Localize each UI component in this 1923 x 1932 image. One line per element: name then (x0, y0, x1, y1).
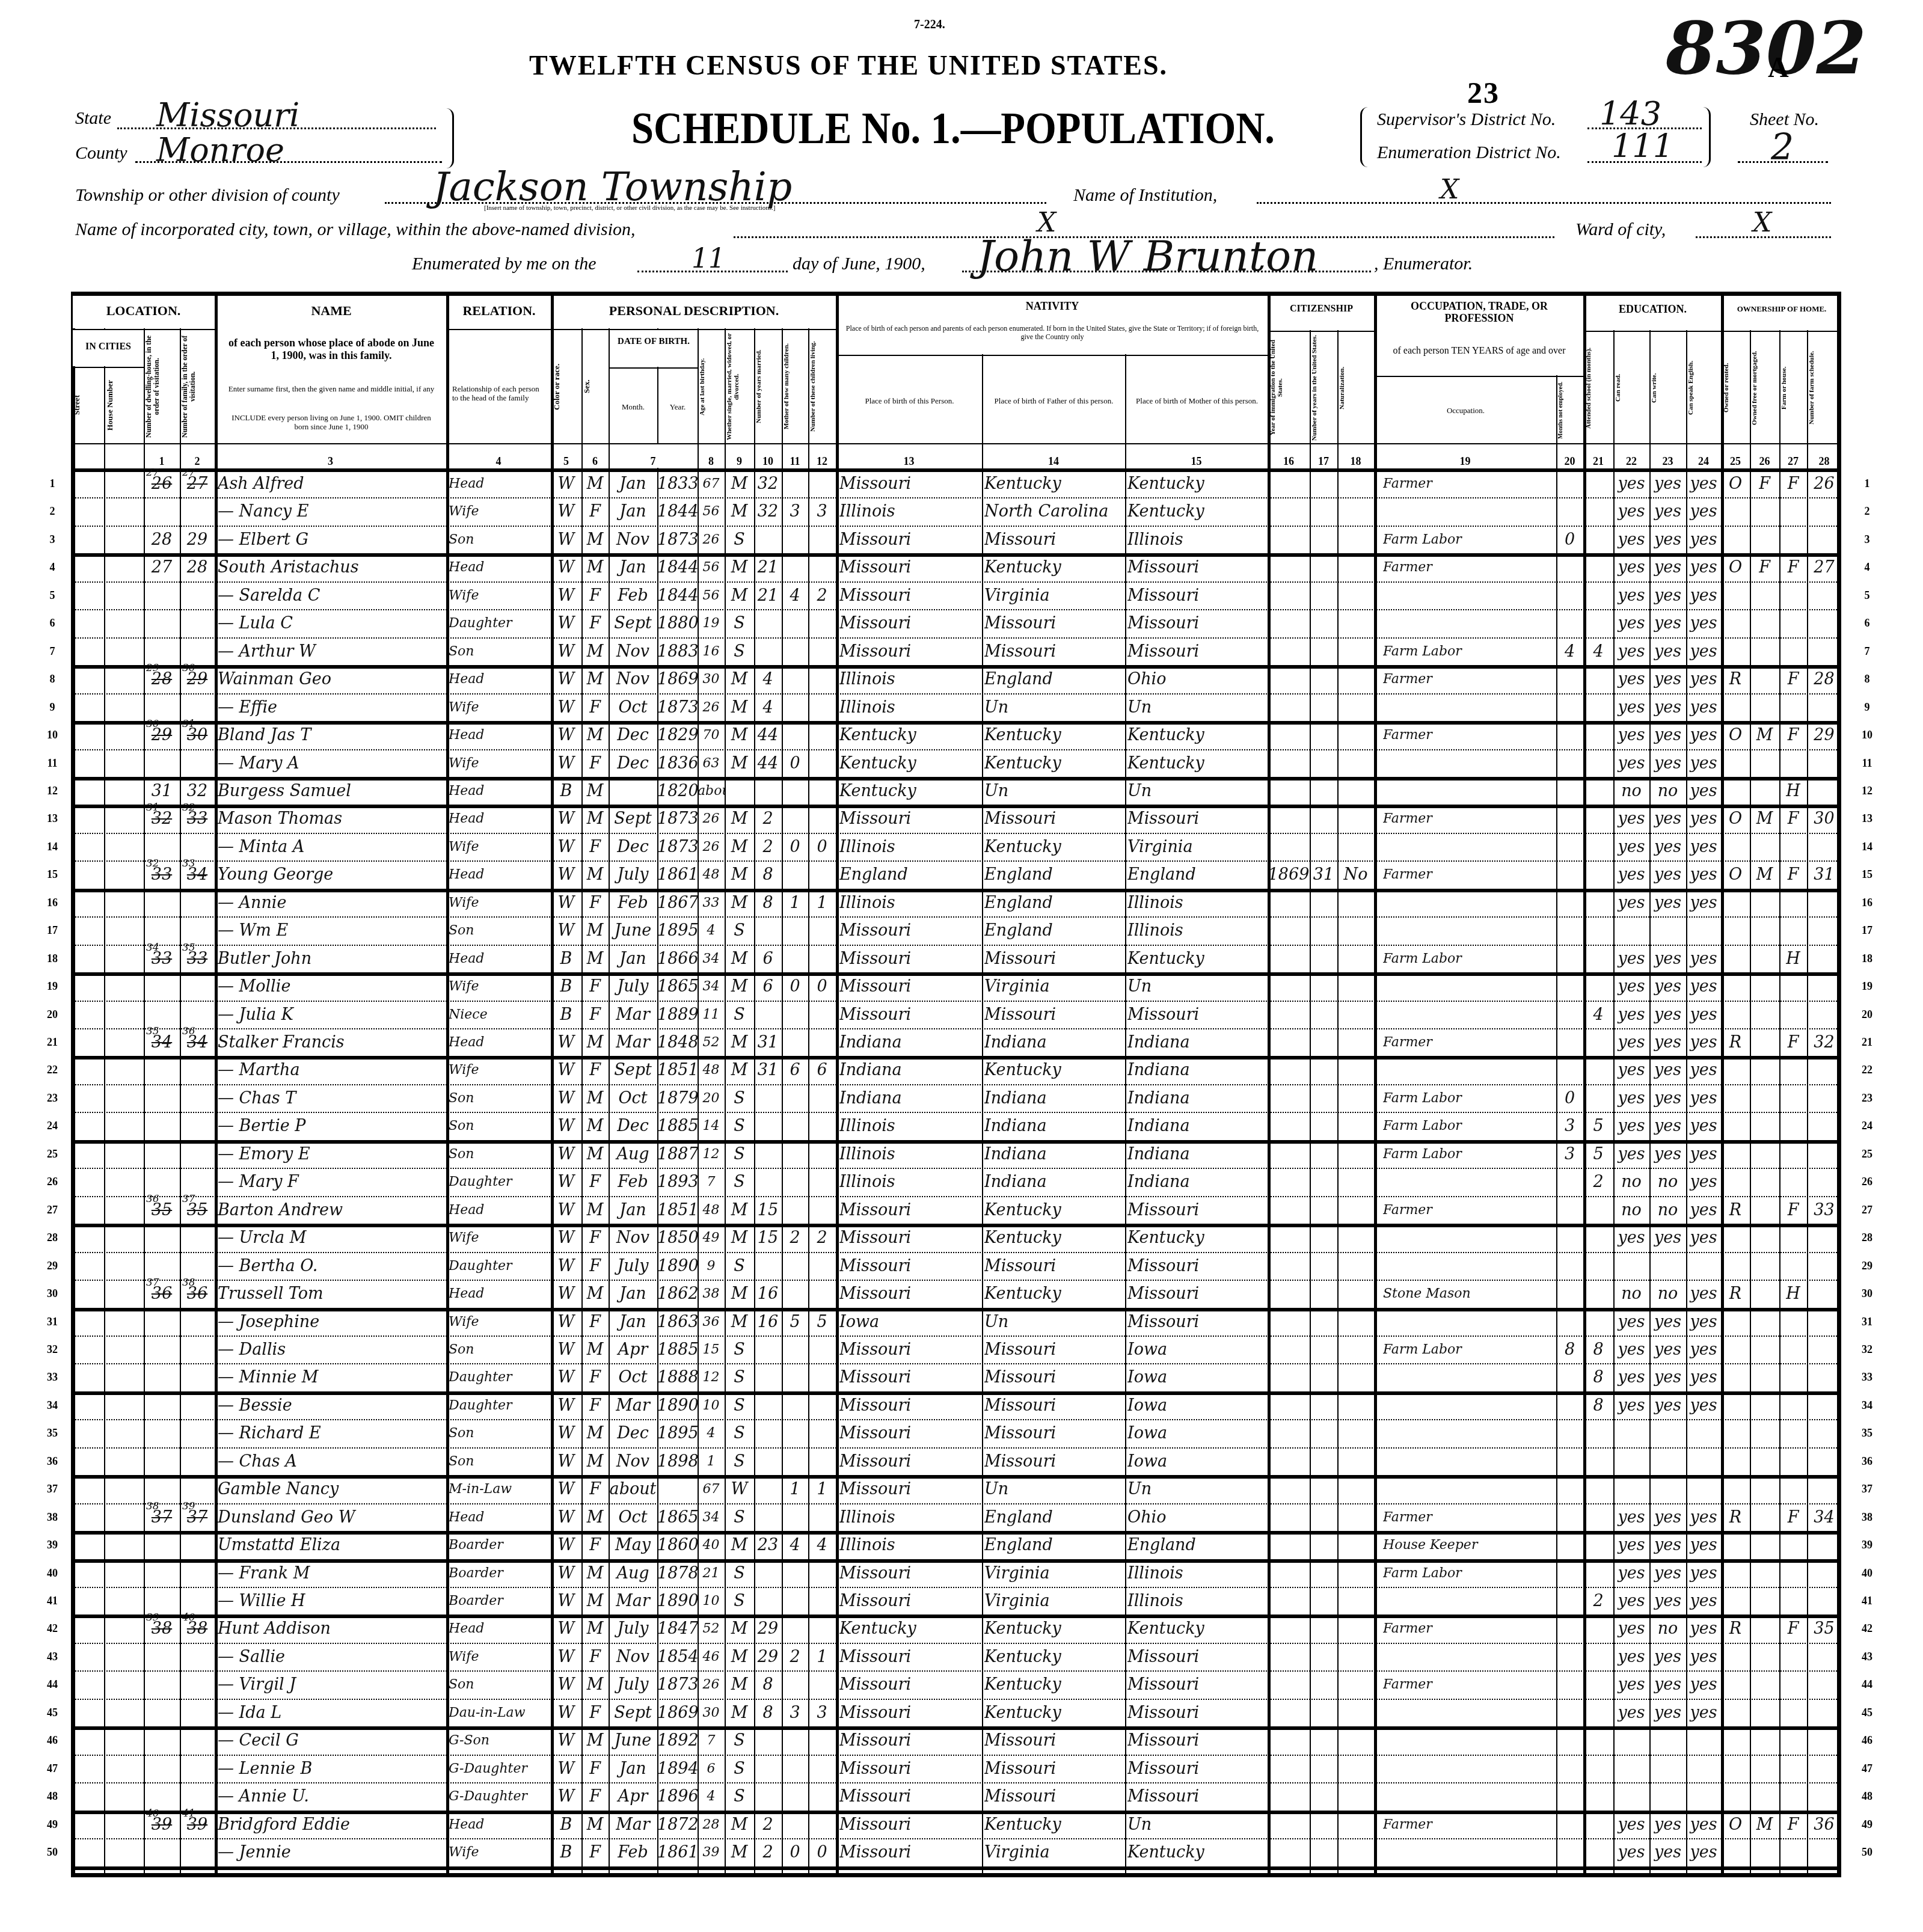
relation: Dau-in-Law (449, 1699, 550, 1727)
birthplace-father: Missouri (984, 945, 1124, 973)
birthplace-person: Indiana (839, 1029, 981, 1056)
sex: M (581, 777, 609, 805)
years-married: 4 (754, 666, 782, 693)
marital-status: M (725, 1056, 754, 1084)
can-write-label: Can write. (1651, 334, 1685, 441)
colnum: 8 (698, 455, 725, 468)
line-number: 49 (43, 1818, 61, 1831)
birthplace-person: Missouri (839, 1560, 981, 1587)
can-read: yes (1613, 554, 1649, 581)
age: 36 (698, 1308, 725, 1336)
sex: M (581, 861, 609, 889)
sex: M (581, 1448, 609, 1476)
birthplace-person: Missouri (839, 1476, 981, 1503)
marital-status: M (725, 1699, 754, 1727)
colnum: 11 (782, 455, 808, 468)
dwelling-number: 3940 (144, 1811, 180, 1839)
farm-house: H (1779, 945, 1807, 973)
mother-of: 2 (782, 1224, 808, 1252)
birthplace-mother: England (1127, 861, 1267, 889)
sex: F (581, 1001, 609, 1029)
birth-month: Apr (609, 1336, 657, 1364)
stamp-number: 23 (1467, 75, 1500, 110)
relation: Head (449, 1615, 550, 1643)
birth-year: 1863 (657, 1308, 698, 1336)
marital-status: M (725, 805, 754, 833)
mother-of: 1 (782, 889, 808, 917)
can-write: yes (1649, 1112, 1686, 1140)
line-number: 39 (1858, 1539, 1876, 1551)
ownership-heading: OWNERSHIP OF HOME. (1722, 305, 1841, 313)
person-name: — Mollie (218, 973, 445, 1001)
can-read: yes (1613, 526, 1649, 554)
sex: M (581, 805, 609, 833)
age: 38 (698, 1280, 725, 1308)
pob-mother-label: Place of birth of Mother of this person. (1129, 397, 1265, 406)
birthplace-person: Missouri (839, 1253, 981, 1280)
marital-status: S (725, 1085, 754, 1112)
birthplace-person: Missouri (839, 1392, 981, 1420)
age: 28 (698, 1811, 725, 1839)
relation: Wife (449, 1643, 550, 1671)
line-number: 7 (1858, 645, 1876, 658)
relation: Son (449, 1420, 550, 1447)
marital-status: M (725, 945, 754, 973)
line-number: 20 (1858, 1008, 1876, 1021)
relation: Head (449, 1029, 550, 1056)
free-mortgaged: M (1750, 805, 1779, 833)
person-name: Wainman Geo (218, 666, 445, 693)
years-married: 2 (754, 833, 782, 861)
dwelling-number: 2627 (144, 470, 180, 498)
birthplace-person: Illinois (839, 889, 981, 917)
birthplace-father: Kentucky (984, 1699, 1124, 1727)
age: 7 (698, 1727, 725, 1755)
age: 21 (698, 1560, 725, 1587)
birth-month: Aug (609, 1141, 657, 1168)
can-write: yes (1649, 1811, 1686, 1839)
farm-house: F (1779, 1197, 1807, 1224)
can-read: yes (1613, 805, 1649, 833)
mother-of: 0 (782, 973, 808, 1001)
birthplace-father: Virginia (984, 582, 1124, 610)
can-read: yes (1613, 582, 1649, 610)
dwelling-number: 31 (144, 777, 180, 805)
sex: M (581, 1671, 609, 1699)
line-number: 11 (1858, 757, 1876, 770)
person-name: Barton Andrew (218, 1197, 445, 1224)
line-number: 19 (43, 980, 61, 993)
birthplace-mother: Missouri (1127, 1001, 1267, 1029)
line-number: 13 (1858, 812, 1876, 825)
birthplace-father: Indiana (984, 1168, 1124, 1196)
birth-month: May (609, 1532, 657, 1559)
age: 46 (698, 1643, 725, 1671)
farm-house: F (1779, 1811, 1807, 1839)
can-speak-english: yes (1686, 1839, 1721, 1866)
birth-month: Dec (609, 750, 657, 777)
birthplace-mother: Un (1127, 973, 1267, 1001)
colnum: 4 (446, 455, 551, 468)
line-number: 22 (43, 1064, 61, 1076)
marital-status: S (725, 1560, 754, 1587)
person-name: — Sallie (218, 1643, 445, 1671)
age: 12 (698, 1141, 725, 1168)
birthplace-person: Missouri (839, 1224, 981, 1252)
nativity-heading: NATIVITY (837, 301, 1268, 313)
person-name: Ash Alfred (218, 470, 445, 498)
birthplace-father: Missouri (984, 1392, 1124, 1420)
birthplace-father: Kentucky (984, 1671, 1124, 1699)
birthplace-mother: Kentucky (1127, 1224, 1267, 1252)
birth-year: 1890 (657, 1253, 698, 1280)
district-brace-right (1703, 107, 1711, 167)
relation: Head (449, 1280, 550, 1308)
age: 67 (698, 470, 725, 498)
farm-house-label: Farm or house. (1780, 334, 1806, 441)
birth-month: Dec (609, 1112, 657, 1140)
birthplace-mother: Missouri (1127, 638, 1267, 666)
birth-month: Oct (609, 694, 657, 722)
mother-of: 0 (782, 1839, 808, 1866)
can-write: yes (1649, 554, 1686, 581)
age: 11 (698, 1001, 725, 1029)
can-write: yes (1649, 1056, 1686, 1084)
birthplace-father: Virginia (984, 1839, 1124, 1866)
line-number: 3 (43, 533, 61, 546)
farm-house: F (1779, 1504, 1807, 1532)
can-speak-english-label: Can speak English. (1687, 334, 1720, 441)
marital-status: S (725, 1112, 754, 1140)
birth-month: Feb (609, 1168, 657, 1196)
line-number: 26 (43, 1176, 61, 1188)
birthplace-father: Missouri (984, 1364, 1124, 1391)
sex: F (581, 1056, 609, 1084)
line-number: 5 (43, 589, 61, 602)
can-write: yes (1649, 1336, 1686, 1364)
brace (446, 108, 454, 168)
age: 49 (698, 1224, 725, 1252)
dwelling-number: 3839 (144, 1615, 180, 1643)
family-number: 3436 (180, 1029, 215, 1056)
can-write: yes (1649, 805, 1686, 833)
birth-month: Sept (609, 1056, 657, 1084)
birth-month: July (609, 1253, 657, 1280)
line-number: 39 (43, 1539, 61, 1551)
mother-of: 3 (782, 498, 808, 526)
birth-year: 1854 (657, 1643, 698, 1671)
family-number: 3739 (180, 1504, 215, 1532)
sex: F (581, 1643, 609, 1671)
person-name: Bland Jas T (218, 722, 445, 749)
relation: Daughter (449, 1253, 550, 1280)
family-number: 3537 (180, 1197, 215, 1224)
marital-status: S (725, 1420, 754, 1447)
birth-month: Nov (609, 526, 657, 554)
occupation: Farm Labor (1383, 1085, 1556, 1112)
incities-sub (71, 367, 144, 368)
person-name: — Lennie B (218, 1755, 445, 1783)
occupation: Farm Labor (1383, 526, 1556, 554)
nativity-description: Place of birth of each person and parent… (842, 325, 1263, 342)
colnum: 10 (754, 455, 782, 468)
birthplace-father: Missouri (984, 1336, 1124, 1364)
children-living: 1 (808, 889, 836, 917)
birthplace-father: Missouri (984, 1253, 1124, 1280)
children-living: 0 (808, 973, 836, 1001)
relation: Wife (449, 498, 550, 526)
person-name: — Urcla M (218, 1224, 445, 1252)
birthplace-person: Illinois (839, 1504, 981, 1532)
color: W (551, 470, 581, 498)
naturalization: No (1337, 861, 1374, 889)
owned-rented: O (1721, 722, 1750, 749)
person-name: — Arthur W (218, 638, 445, 666)
birth-year: 1898 (657, 1448, 698, 1476)
attended-school: 4 (1583, 638, 1613, 666)
age: 67 (698, 1476, 725, 1503)
color: B (551, 1839, 581, 1866)
sex: F (581, 1699, 609, 1727)
color: W (551, 1504, 581, 1532)
sex: M (581, 1727, 609, 1755)
marital-status: S (725, 1141, 754, 1168)
line-number: 14 (1858, 841, 1876, 853)
children-living: 2 (808, 1224, 836, 1252)
birth-year: 1836 (657, 750, 698, 777)
can-read: yes (1613, 610, 1649, 637)
family-number: 29 (180, 526, 215, 554)
years-married-label: Number of years married. (755, 332, 781, 441)
birthplace-person: Missouri (839, 917, 981, 945)
age: 34 (698, 1504, 725, 1532)
birthplace-father: Kentucky (984, 750, 1124, 777)
line-number: 28 (43, 1231, 61, 1244)
can-speak-english: yes (1686, 638, 1721, 666)
person-name: — Dallis (218, 1336, 445, 1364)
dob-sub (609, 367, 698, 369)
birthplace-person: Missouri (839, 470, 981, 498)
can-speak-english: yes (1686, 750, 1721, 777)
age: 34 (698, 945, 725, 973)
colnum: 5 (551, 455, 581, 468)
birth-year: 1866 (657, 945, 698, 973)
schedule-title: SCHEDULE No. 1.—POPULATION. (631, 103, 1275, 155)
can-write: no (1649, 1615, 1686, 1643)
sex: M (581, 638, 609, 666)
line-number: 33 (43, 1371, 61, 1384)
can-read: yes (1613, 1643, 1649, 1671)
marital-status: M (725, 1643, 754, 1671)
family-correction: 31 (182, 719, 195, 729)
line-number: 49 (1858, 1818, 1876, 1831)
dwelling-number: 3637 (144, 1280, 180, 1308)
line-number: 31 (43, 1316, 61, 1328)
can-read: yes (1613, 1699, 1649, 1727)
person-name: — Josephine (218, 1308, 445, 1336)
birth-year: 1844 (657, 554, 698, 581)
birthplace-mother: Missouri (1127, 1643, 1267, 1671)
attended-school-label: Attended school (in months). (1585, 334, 1613, 441)
sex: F (581, 833, 609, 861)
can-speak-english: yes (1686, 1532, 1721, 1559)
birth-month: Jan (609, 1280, 657, 1308)
birthplace-mother: Illinois (1127, 1587, 1267, 1615)
years-married: 44 (754, 750, 782, 777)
birth-month: Nov (609, 1643, 657, 1671)
relation: Boarder (449, 1587, 550, 1615)
children-living: 0 (808, 833, 836, 861)
marital-status: M (725, 582, 754, 610)
birth-year: 1860 (657, 1532, 698, 1559)
can-write: no (1649, 777, 1686, 805)
person-name: — Martha (218, 1056, 445, 1084)
can-write: yes (1649, 1839, 1686, 1866)
can-speak-english: yes (1686, 1141, 1721, 1168)
relation: Head (449, 1197, 550, 1224)
sex: M (581, 554, 609, 581)
marital-status: M (725, 1224, 754, 1252)
birth-year: 1847 (657, 1615, 698, 1643)
dwelling-correction: 32 (146, 859, 159, 869)
family-number: 2930 (180, 666, 215, 693)
can-speak-english: yes (1686, 1643, 1721, 1671)
birthplace-father: Kentucky (984, 722, 1124, 749)
months-unemployed-label: Months not employed. (1557, 379, 1583, 441)
dwelling-number: 2829 (144, 666, 180, 693)
farm-schedule: 27 (1807, 554, 1841, 581)
occupation: Farm Labor (1383, 1560, 1556, 1587)
person-name: — Annie U. (218, 1783, 445, 1811)
colnum: 3 (215, 455, 446, 468)
birthplace-father: Kentucky (984, 1811, 1124, 1839)
birth-year: 1872 (657, 1811, 698, 1839)
birth-month: Feb (609, 1839, 657, 1866)
district-brace (1360, 107, 1368, 167)
can-write: no (1649, 1168, 1686, 1196)
age: 30 (698, 666, 725, 693)
age: 70 (698, 722, 725, 749)
color: B (551, 945, 581, 973)
person-name: Bridgford Eddie (218, 1811, 445, 1839)
birthplace-father: Kentucky (984, 1197, 1124, 1224)
marital-status: S (725, 1755, 754, 1783)
age-label: Age at last birthday. (699, 332, 724, 441)
birthplace-person: Illinois (839, 666, 981, 693)
years-married: 8 (754, 1699, 782, 1727)
birthplace-mother: Illinois (1127, 526, 1267, 554)
birth-year: 1894 (657, 1755, 698, 1783)
color: W (551, 1392, 581, 1420)
children-living: 2 (808, 582, 836, 610)
birthplace-mother: Missouri (1127, 1671, 1267, 1699)
marital-status: S (725, 1253, 754, 1280)
person-name: — Mary F (218, 1168, 445, 1196)
occupation: Farmer (1383, 722, 1556, 749)
person-name: Gamble Nancy (218, 1476, 445, 1503)
person-name: — Emory E (218, 1141, 445, 1168)
birthplace-person: Missouri (839, 1001, 981, 1029)
color: W (551, 1308, 581, 1336)
family-correction: 35 (182, 943, 195, 953)
dwelling-number: 3231 (144, 805, 180, 833)
birth-year: 1892 (657, 1727, 698, 1755)
birthplace-mother: Kentucky (1127, 722, 1267, 749)
line-number: 3 (1858, 533, 1876, 546)
can-write: yes (1649, 945, 1686, 973)
line-number: 27 (43, 1204, 61, 1216)
line-number: 32 (1858, 1343, 1876, 1356)
age: 63 (698, 750, 725, 777)
sex: M (581, 666, 609, 693)
can-read: yes (1613, 945, 1649, 973)
enumerator-label: , Enumerator. (1374, 254, 1473, 274)
census-title: TWELFTH CENSUS OF THE UNITED STATES. (529, 49, 1168, 81)
marital-status: M (725, 861, 754, 889)
sex: M (581, 1029, 609, 1056)
relation: M-in-Law (449, 1476, 550, 1503)
line-number: 33 (1858, 1371, 1876, 1384)
can-read: yes (1613, 973, 1649, 1001)
birth-month: Jan (609, 554, 657, 581)
can-write: yes (1649, 722, 1686, 749)
birthplace-mother: Missouri (1127, 1699, 1267, 1727)
county-value: Monroe (156, 131, 284, 169)
years-married: 32 (754, 470, 782, 498)
immigration-year-label: Year of immigration to the United States… (1269, 334, 1309, 441)
can-write: yes (1649, 1587, 1686, 1615)
dwelling-number: 3334 (144, 945, 180, 973)
line-number: 12 (1858, 785, 1876, 797)
attended-school: 5 (1583, 1141, 1613, 1168)
age: 6 (698, 1755, 725, 1783)
colnum: 13 (836, 455, 982, 468)
marital-status: M (725, 1197, 754, 1224)
relation: Daughter (449, 1364, 550, 1391)
location-heading: LOCATION. (72, 304, 215, 318)
age: 1 (698, 1448, 725, 1476)
line-number: 18 (1858, 952, 1876, 965)
attended-school: 2 (1583, 1168, 1613, 1196)
color: B (551, 973, 581, 1001)
relation: Son (449, 917, 550, 945)
relation: Head (449, 861, 550, 889)
line-number: 40 (43, 1567, 61, 1580)
line-number: 42 (43, 1622, 61, 1635)
sheet-value: 2 (1771, 126, 1794, 168)
birthplace-father: England (984, 861, 1124, 889)
relation: Wife (449, 1308, 550, 1336)
attended-school: 8 (1583, 1364, 1613, 1391)
birthplace-mother: Missouri (1127, 1280, 1267, 1308)
can-read: yes (1613, 833, 1649, 861)
birthplace-mother: Missouri (1127, 1197, 1267, 1224)
years-married: 8 (754, 1671, 782, 1699)
mother-of: 0 (782, 750, 808, 777)
color: W (551, 1336, 581, 1364)
line-number: 44 (43, 1678, 61, 1691)
line-number: 6 (43, 617, 61, 630)
colnum: 12 (808, 455, 836, 468)
sex: F (581, 1253, 609, 1280)
birth-year: 1895 (657, 917, 698, 945)
age: 56 (698, 498, 725, 526)
family-divider (71, 1866, 1841, 1870)
birth-month: Apr (609, 1783, 657, 1811)
age: 39 (698, 1839, 725, 1866)
colnum: 28 (1807, 455, 1841, 468)
children-living: 1 (808, 1476, 836, 1503)
